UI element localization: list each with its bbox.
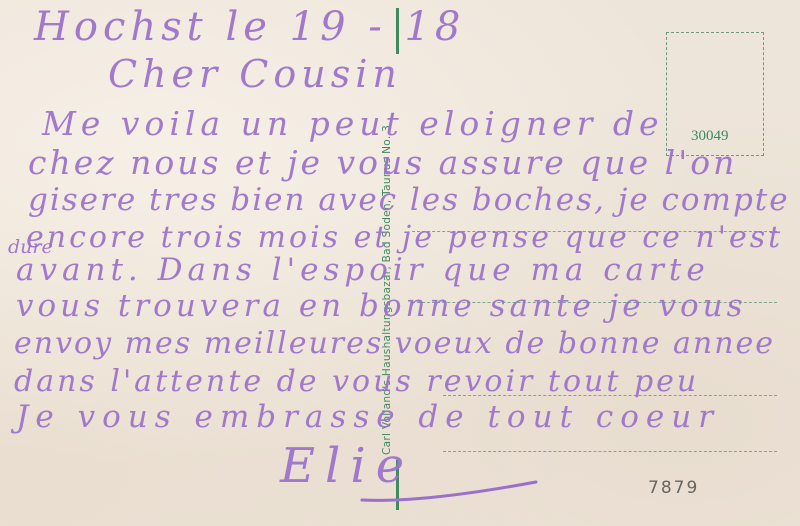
pencil-note: 7879 bbox=[648, 478, 699, 498]
address-line-4 bbox=[443, 451, 777, 452]
signature-underline bbox=[360, 476, 540, 506]
place-date: Hochst le 19 - 18 bbox=[34, 4, 465, 50]
letter-line-5: avant. Dans l'espoir que ma carte bbox=[16, 252, 710, 288]
letter-line-7: envoy mes meilleures voeux de bonne anne… bbox=[14, 326, 775, 361]
letter-line-3: gisere tres bien avec les boches, je com… bbox=[28, 182, 790, 218]
letter-line-6: vous trouvera en bonne sante je vous bbox=[16, 288, 747, 324]
letter-line-9: Je vous embrasse de tout coeur bbox=[16, 399, 720, 435]
salutation: Cher Cousin bbox=[108, 52, 402, 96]
letter-line-4: encore trois mois et je pense que ce n'e… bbox=[26, 220, 783, 255]
letter-line-1: Me voila un peut eloigner de bbox=[42, 104, 664, 143]
letter-line-8: dans l'attente de vous revoir tout peu bbox=[14, 364, 699, 399]
letter-line-2: chez nous et je vous assure que l'on bbox=[28, 143, 737, 182]
postcard-back: Carl Volland's Haushaltungsbazar, Bad So… bbox=[0, 0, 800, 526]
